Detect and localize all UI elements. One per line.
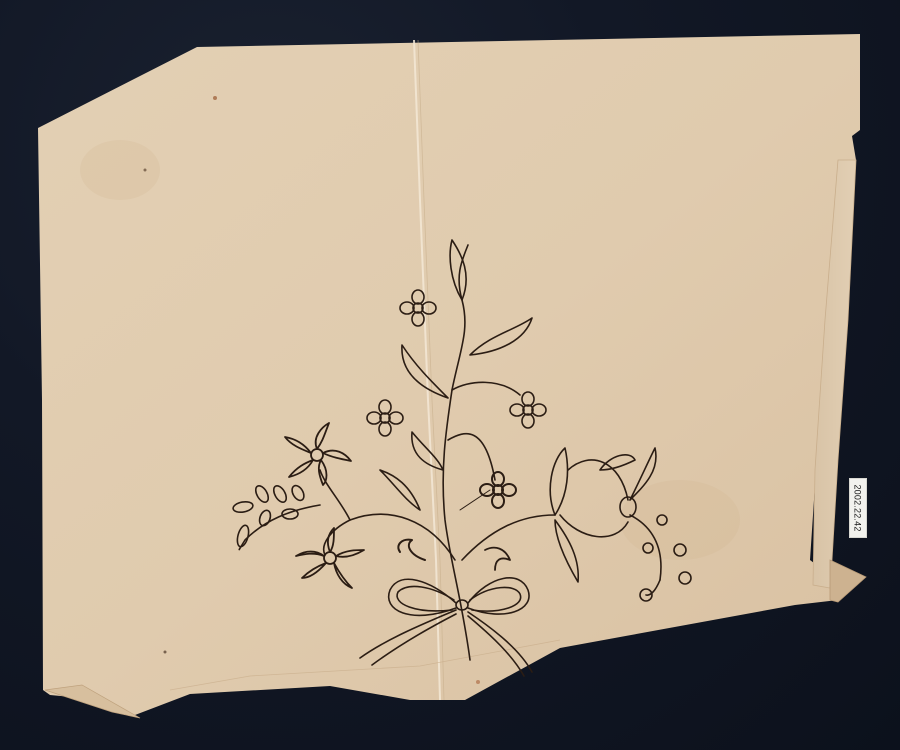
accession-number-label: 2002.22.42 [849,478,867,538]
paper-sheet [38,34,866,715]
paper-folded-corner [830,560,866,602]
paper-sheet-svg [0,0,900,750]
museum-object-photo: 2002.22.42 [0,0,900,750]
accession-number-text: 2002.22.42 [853,484,863,531]
